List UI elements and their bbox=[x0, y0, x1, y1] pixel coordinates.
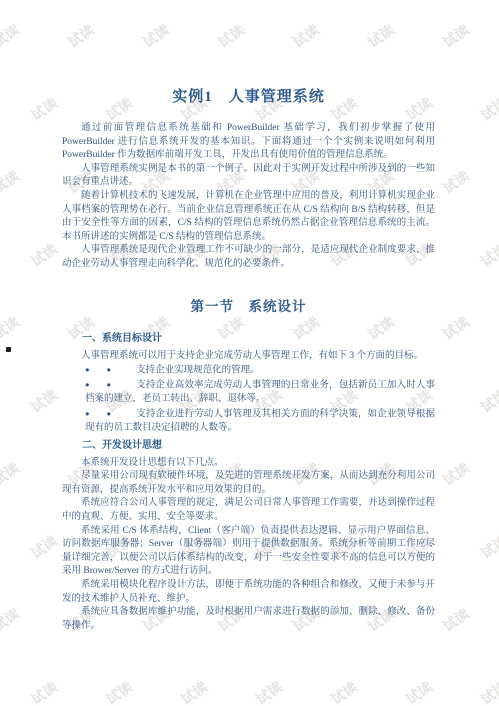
watermark-text: 试读 bbox=[0, 20, 23, 52]
document-page: 试读试读试读试读试读试读试读试读试读试读试读试读试读试读试读试读试读试读试读试读… bbox=[0, 0, 499, 706]
list-item: ●●支持企业实现规范化的管理。 bbox=[85, 363, 435, 378]
bullet-icon: ● bbox=[107, 407, 112, 421]
watermark-text: 试读 bbox=[439, 458, 473, 490]
watermark-text: 试读 bbox=[27, 385, 61, 417]
watermark-text: 试读 bbox=[214, 20, 248, 52]
section-title: 第一节 系统设计 bbox=[62, 298, 435, 315]
intro-paragraph: 随着计算机技术的飞速发展，计算机在企业管理中应用的普及，利用计算机实现企业人事档… bbox=[62, 190, 435, 244]
watermark-text: 试读 bbox=[0, 166, 23, 198]
design-paragraph: 系统应符合公司人事管理的规定，满足公司日常人事管理工作需要，并达到操作过程中的直… bbox=[62, 497, 435, 524]
watermark-text: 试读 bbox=[327, 677, 361, 706]
watermark-text: 试读 bbox=[402, 677, 436, 706]
list-item: ●●支持企业高效率完成劳动人事管理的日常业务，包括新员工加入时人事档案的建立，老… bbox=[85, 378, 435, 407]
watermark-text: 试读 bbox=[439, 166, 473, 198]
watermark-text: 试读 bbox=[0, 458, 23, 490]
bullet-icon: ● bbox=[85, 378, 90, 392]
page-title: 实例1 人事管理系统 bbox=[62, 88, 435, 106]
watermark-text: 试读 bbox=[27, 677, 61, 706]
watermark-text: 试读 bbox=[477, 239, 499, 271]
watermark-text: 试读 bbox=[439, 604, 473, 636]
bullet-icon: ● bbox=[85, 407, 90, 421]
bullet-icon: ● bbox=[107, 363, 112, 377]
watermark-text: 试读 bbox=[289, 20, 323, 52]
list-item-text: 支持企业进行劳动人事管理及其相关方面的科学决策，如企业领导根据现有的员工数目决定… bbox=[85, 409, 435, 433]
watermark-text: 试读 bbox=[27, 239, 61, 271]
sub-heading-goals: 一、系统目标设计 bbox=[62, 332, 435, 346]
design-paragraph: 系统采用 C/S 体系结构，Client（客户端）负责提供表达逻辑、显示用户界面… bbox=[62, 525, 435, 579]
intro-paragraph: 人事管理系统实例是本书的第一个例子。因此对于实例开发过程中所涉及到的一些知识会有… bbox=[62, 163, 435, 190]
watermark-text: 试读 bbox=[102, 677, 136, 706]
watermark-text: 试读 bbox=[477, 531, 499, 563]
list-item-text: 支持企业实现规范化的管理。 bbox=[136, 366, 260, 376]
list-item-text: 支持企业高效率完成劳动人事管理的日常业务，包括新员工加入时人事档案的建立，老员工… bbox=[85, 381, 435, 405]
design-paragraph: 系统采用模块化程序设计方法，即便于系统功能的各种组合和修改，又便于未参与开发的技… bbox=[62, 579, 435, 606]
intro-paragraph: 通过前面管理信息系统基础和 PowerBuilder 基础学习，我们初步掌握了使… bbox=[62, 122, 435, 163]
watermark-text: 试读 bbox=[27, 93, 61, 125]
watermark-text: 试读 bbox=[439, 312, 473, 344]
list-item: ●●支持企业进行劳动人事管理及其相关方面的科学决策，如企业领导根据现有的员工数目… bbox=[85, 407, 435, 436]
watermark-text: 试读 bbox=[252, 677, 286, 706]
watermark-text: 试读 bbox=[177, 677, 211, 706]
bullet-icon: ● bbox=[85, 363, 90, 377]
watermark-text: 试读 bbox=[477, 677, 499, 706]
watermark-text: 试读 bbox=[64, 20, 98, 52]
watermark-text: 试读 bbox=[0, 312, 23, 344]
watermark-text: 试读 bbox=[477, 93, 499, 125]
design-paragraph: 本系统开发设计思想有以下几点。 bbox=[62, 457, 435, 471]
watermark-text: 试读 bbox=[439, 20, 473, 52]
stray-ink-dot bbox=[6, 347, 11, 352]
sub-heading-design-ideas: 二、开发设计思想 bbox=[62, 439, 435, 453]
watermark-text: 试读 bbox=[27, 531, 61, 563]
watermark-text: 试读 bbox=[364, 20, 398, 52]
design-paragraph: 尽量采用公司现有软硬件环境，及先进的管理系统开发方案，从而达到充分利用公司现有资… bbox=[62, 470, 435, 497]
page-content: 实例1 人事管理系统 通过前面管理信息系统基础和 PowerBuilder 基础… bbox=[62, 88, 435, 633]
bullet-icon: ● bbox=[107, 378, 112, 392]
watermark-text: 试读 bbox=[0, 604, 23, 636]
intro-paragraph: 人事管理系统是现代企业管理工作不可缺少的一部分，是适应现代企业制度要求、推动企业… bbox=[62, 244, 435, 271]
design-paragraph: 系统应具备数据库维护功能，及时根据用户需求进行数据的添加、删除、修改、备份等操作… bbox=[62, 606, 435, 633]
goals-lead-paragraph: 人事管理系统可以用于支持企业完成劳动人事管理工作，有如下 3 个方面的目标。 bbox=[62, 350, 435, 364]
watermark-text: 试读 bbox=[139, 20, 173, 52]
watermark-text: 试读 bbox=[477, 385, 499, 417]
